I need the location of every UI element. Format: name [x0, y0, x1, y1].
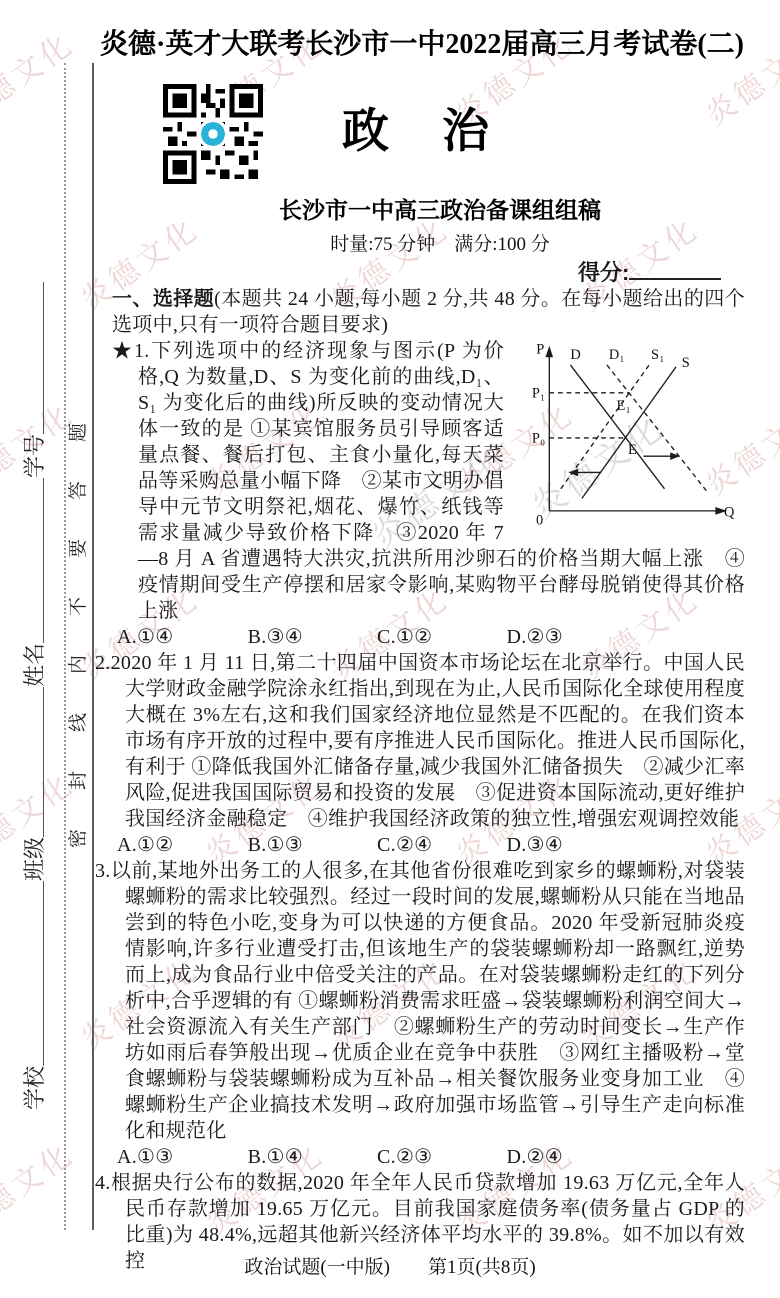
field-studentid-line	[25, 282, 44, 434]
score-blank-line	[629, 258, 721, 280]
label-p0: P₀	[532, 431, 546, 447]
label-d: D	[570, 347, 581, 363]
label-s: S	[682, 355, 690, 371]
field-studentid-label: 学号	[22, 434, 47, 478]
option-c: C.②③	[377, 1144, 432, 1170]
label-p: P	[536, 341, 544, 357]
question-1-options: A.①④ B.③④ C.①② D.②③	[117, 624, 563, 650]
field-school-label: 学校	[22, 1066, 47, 1110]
field-name-line	[25, 478, 44, 643]
question-2-text: 2.2020 年 1 月 11 日,第二十四届中国资本市场论坛在北京举行。中国人…	[95, 650, 745, 832]
field-class-line	[25, 687, 44, 837]
question-area: 一、选择题(本题共 24 小题,每小题 2 分,共 48 分。在每小题给出的四个…	[95, 286, 745, 1274]
question-3-options: A.①③ B.①④ C.②③ D.②④	[117, 1144, 563, 1170]
label-e1: E₁	[617, 398, 631, 414]
question-3-number: 3.	[95, 860, 111, 882]
supply-curve-s1	[561, 365, 649, 489]
label-q: Q	[724, 505, 735, 521]
label-p1: P₁	[532, 386, 546, 402]
organizer-line: 长沙市一中高三政治备课组组稿	[95, 192, 780, 225]
question-2: 2.2020 年 1 月 11 日,第二十四届中国资本市场论坛在北京举行。中国人…	[95, 650, 745, 858]
option-b: B.③④	[248, 624, 303, 650]
subject-title: 政治	[342, 94, 542, 161]
label-s1: S₁	[651, 347, 665, 363]
question-1-number: ★1.	[112, 340, 150, 362]
section-heading-bold: 一、选择题	[112, 288, 214, 310]
option-a: A.①④	[117, 624, 174, 650]
label-origin: 0	[536, 512, 543, 528]
demand-curve-d1	[607, 365, 709, 494]
shift-left-arrowhead	[569, 469, 579, 477]
question-2-options: A.①② B.①③ C.②④ D.③④	[117, 832, 563, 858]
qr-code	[163, 83, 263, 185]
supply-demand-chart: P Q 0 D D₁ S₁ S P₁ P₀ E₁ E	[512, 340, 745, 532]
price-axis-arrowhead	[545, 346, 553, 358]
option-d: D.③④	[506, 832, 563, 858]
field-class-label: 班级	[22, 837, 47, 881]
option-c: C.②④	[377, 832, 432, 858]
section-heading: 一、选择题(本题共 24 小题,每小题 2 分,共 48 分。在每小题给出的四个…	[112, 286, 745, 338]
page-footer: 政治试题(一中版) 第1页(共8页)	[0, 1252, 780, 1279]
exam-info-line: 时量:75 分钟 满分:100 分	[95, 229, 780, 256]
option-a: A.①②	[117, 832, 174, 858]
paper-title: 炎德·英才大联考长沙市一中2022届高三月考试卷(二)	[88, 22, 756, 62]
field-name-label: 姓名	[22, 643, 47, 687]
option-b: B.①③	[248, 832, 303, 858]
option-c: C.①②	[377, 624, 432, 650]
option-a: A.①③	[117, 1144, 174, 1170]
score-block: 得分:	[578, 256, 721, 287]
score-label: 得分:	[578, 260, 629, 285]
watermark-text: 炎德文化	[0, 20, 81, 134]
question-1: P Q 0 D D₁ S₁ S P₁ P₀ E₁ E ★1.下列选项中的经济现象…	[95, 338, 745, 650]
demand-curve-d	[570, 365, 664, 489]
question-3-body: 以前,某地外出务工的人很多,在其他省份很难吃到家乡的螺蛳粉,对袋装螺蛳粉的需求比…	[111, 860, 745, 1142]
student-info-fields: 学校班级姓名学号	[18, 128, 52, 1178]
shift-right-arrowhead	[670, 452, 680, 460]
seal-dotted-line	[64, 63, 66, 1230]
supply-curve-s	[582, 367, 676, 499]
label-d1: D₁	[609, 347, 625, 363]
option-d: D.②④	[506, 1144, 563, 1170]
exam-paper-page: 炎德文化炎德文化炎德文化炎德文化炎德文化炎德文化炎德文化炎德文化炎德文化炎德文化…	[0, 0, 780, 1298]
question-3-text: 3.以前,某地外出务工的人很多,在其他省份很难吃到家乡的螺蛳粉,对袋装螺蛳粉的需…	[95, 858, 745, 1144]
question-2-body: 2020 年 1 月 11 日,第二十四届中国资本市场论坛在北京举行。中国人民大…	[111, 652, 745, 830]
seal-line-text: 密 封 线 内 不 要 答 题	[67, 378, 91, 848]
question-3: 3.以前,某地外出务工的人很多,在其他省份很难吃到家乡的螺蛳粉,对袋装螺蛳粉的需…	[95, 858, 745, 1170]
option-d: D.②③	[506, 624, 563, 650]
question-2-number: 2.	[95, 652, 111, 674]
question-4-number: 4.	[95, 1172, 111, 1194]
option-b: B.①④	[248, 1144, 303, 1170]
supply-demand-figure: P Q 0 D D₁ S₁ S P₁ P₀ E₁ E	[512, 340, 745, 532]
label-e: E	[628, 442, 637, 458]
field-school-line	[25, 881, 44, 1066]
seal-solid-line	[92, 63, 94, 1230]
